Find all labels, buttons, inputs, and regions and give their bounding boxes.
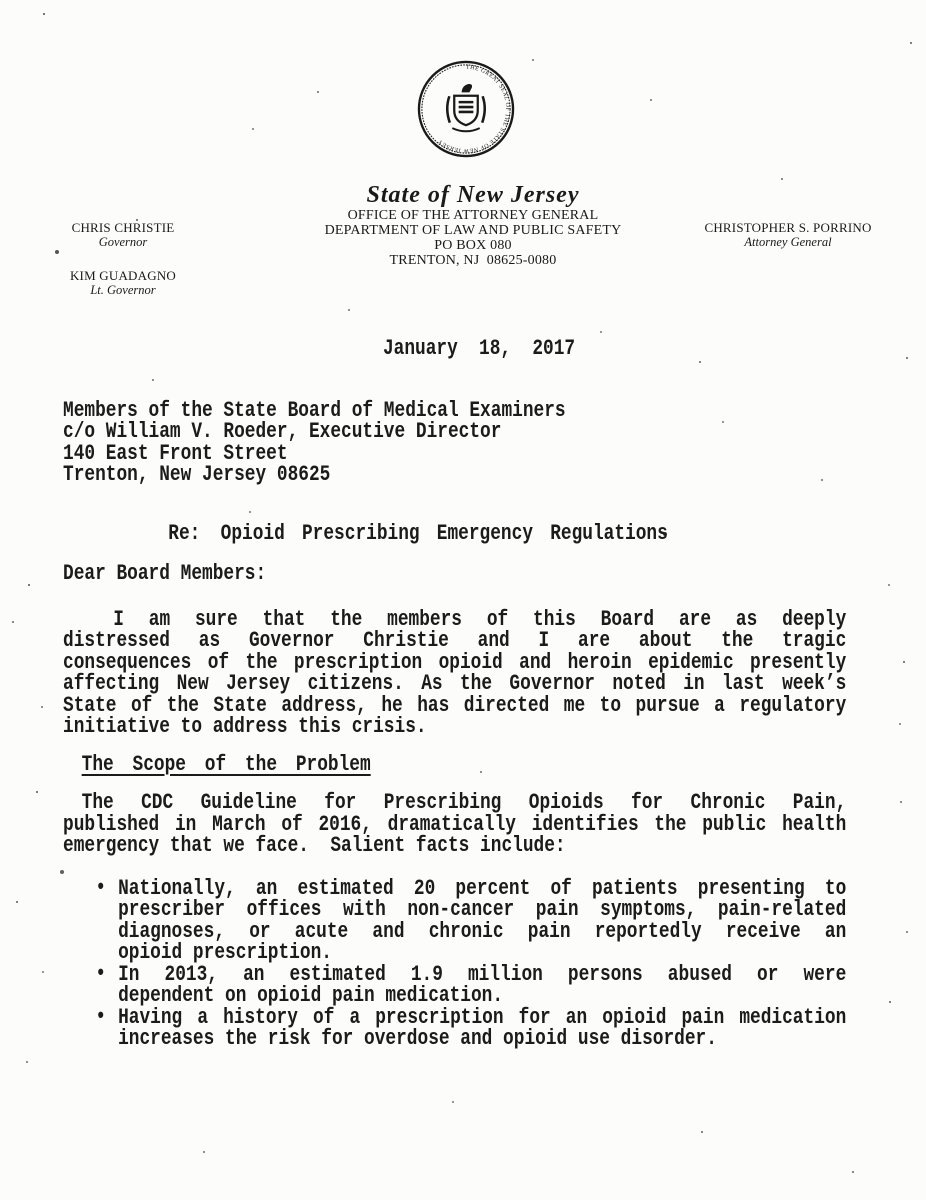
- recipient-line: Trenton, New Jersey 08625: [63, 464, 846, 486]
- section-heading: The Scope of the Problem: [82, 754, 371, 776]
- recipient-line: Members of the State Board of Medical Ex…: [63, 400, 846, 422]
- list-item: • Having a history of a prescription for…: [63, 1007, 846, 1050]
- recipient-line: 140 East Front Street: [63, 443, 846, 465]
- left-officials: CHRIS CHRISTIE Governor KIM GUADAGNO Lt.…: [62, 221, 184, 297]
- body-line: prescriber offices with non-cancer pain …: [118, 899, 846, 921]
- seal-shield: [454, 96, 478, 125]
- body-line: distressed as Governor Christie and I ar…: [63, 630, 846, 652]
- governor-name: CHRIS CHRISTIE: [62, 221, 184, 235]
- body-line: consequences of the prescription opioid …: [63, 652, 846, 674]
- body-line: opioid prescription.: [118, 942, 846, 964]
- re-label: Re:: [168, 521, 200, 546]
- bullet-list: • Nationally, an estimated 20 percent of…: [63, 878, 846, 1050]
- paragraph-1: I am sure that the members of this Board…: [63, 609, 846, 738]
- list-item: • Nationally, an estimated 20 percent of…: [63, 878, 846, 964]
- seal-supporters: [447, 96, 484, 122]
- re-subject: Opioid Prescribing Emergency Regulations: [221, 521, 668, 546]
- attorney-general-block: CHRISTOPHER S. PORRINO Attorney General: [698, 221, 878, 249]
- body-line: diagnoses, or acute and chronic pain rep…: [118, 921, 846, 943]
- list-item: • In 2013, an estimated 1.9 million pers…: [63, 964, 846, 1007]
- seal-scroll: [452, 128, 479, 131]
- bullet-icon: •: [95, 877, 106, 899]
- governor-block: CHRIS CHRISTIE Governor: [62, 221, 184, 249]
- recipient-address: Members of the State Board of Medical Ex…: [63, 400, 846, 486]
- body-line: Having a history of a prescription for a…: [118, 1007, 846, 1029]
- attorney-general-name: CHRISTOPHER S. PORRINO: [698, 221, 878, 235]
- lt-governor-title: Lt. Governor: [62, 283, 184, 297]
- body-line: I am sure that the members of this Board…: [63, 609, 846, 631]
- lt-governor-block: KIM GUADAGNO Lt. Governor: [62, 269, 184, 297]
- state-name: State of New Jersey: [10, 182, 926, 209]
- seal-plows: [459, 102, 474, 112]
- re-line: Re:Opioid Prescribing Emergency Regulati…: [168, 523, 846, 545]
- body-line: emergency that we face. Salient facts in…: [63, 835, 846, 857]
- body-line: published in March of 2016, dramatically…: [63, 814, 846, 836]
- scan-noise: [0, 0, 2, 2]
- paragraph-2: The CDC Guideline for Prescribing Opioid…: [63, 792, 846, 857]
- recipient-line: c/o William V. Roeder, Executive Directo…: [63, 421, 846, 443]
- lt-governor-name: KIM GUADAGNO: [62, 269, 184, 283]
- nj-state-seal-icon: THE GREAT SEAL OF THE STATE OF NEW JERSE…: [417, 60, 515, 158]
- governor-title: Governor: [62, 235, 184, 249]
- seal-crest: [462, 84, 472, 92]
- body-line: State of the State address, he has direc…: [63, 695, 846, 717]
- body-line: affecting New Jersey citizens. As the Go…: [63, 673, 846, 695]
- body-line: increases the risk for overdose and opio…: [118, 1028, 846, 1050]
- body-line: The CDC Guideline for Prescribing Opioid…: [63, 792, 846, 814]
- attorney-general-title: Attorney General: [698, 235, 878, 249]
- body-line: Nationally, an estimated 20 percent of p…: [118, 878, 846, 900]
- salutation: Dear Board Members:: [63, 563, 846, 585]
- body-line: dependent on opioid pain medication.: [118, 985, 846, 1007]
- scanned-letter-page: THE GREAT SEAL OF THE STATE OF NEW JERSE…: [0, 0, 926, 1200]
- letter-body: January 18, 2017 Members of the State Bo…: [63, 338, 846, 1050]
- body-line: initiative to address this crisis.: [63, 716, 846, 738]
- body-line: In 2013, an estimated 1.9 million person…: [118, 964, 846, 986]
- letter-date: January 18, 2017: [383, 338, 846, 360]
- bullet-icon: •: [95, 1006, 106, 1028]
- bullet-icon: •: [95, 963, 106, 985]
